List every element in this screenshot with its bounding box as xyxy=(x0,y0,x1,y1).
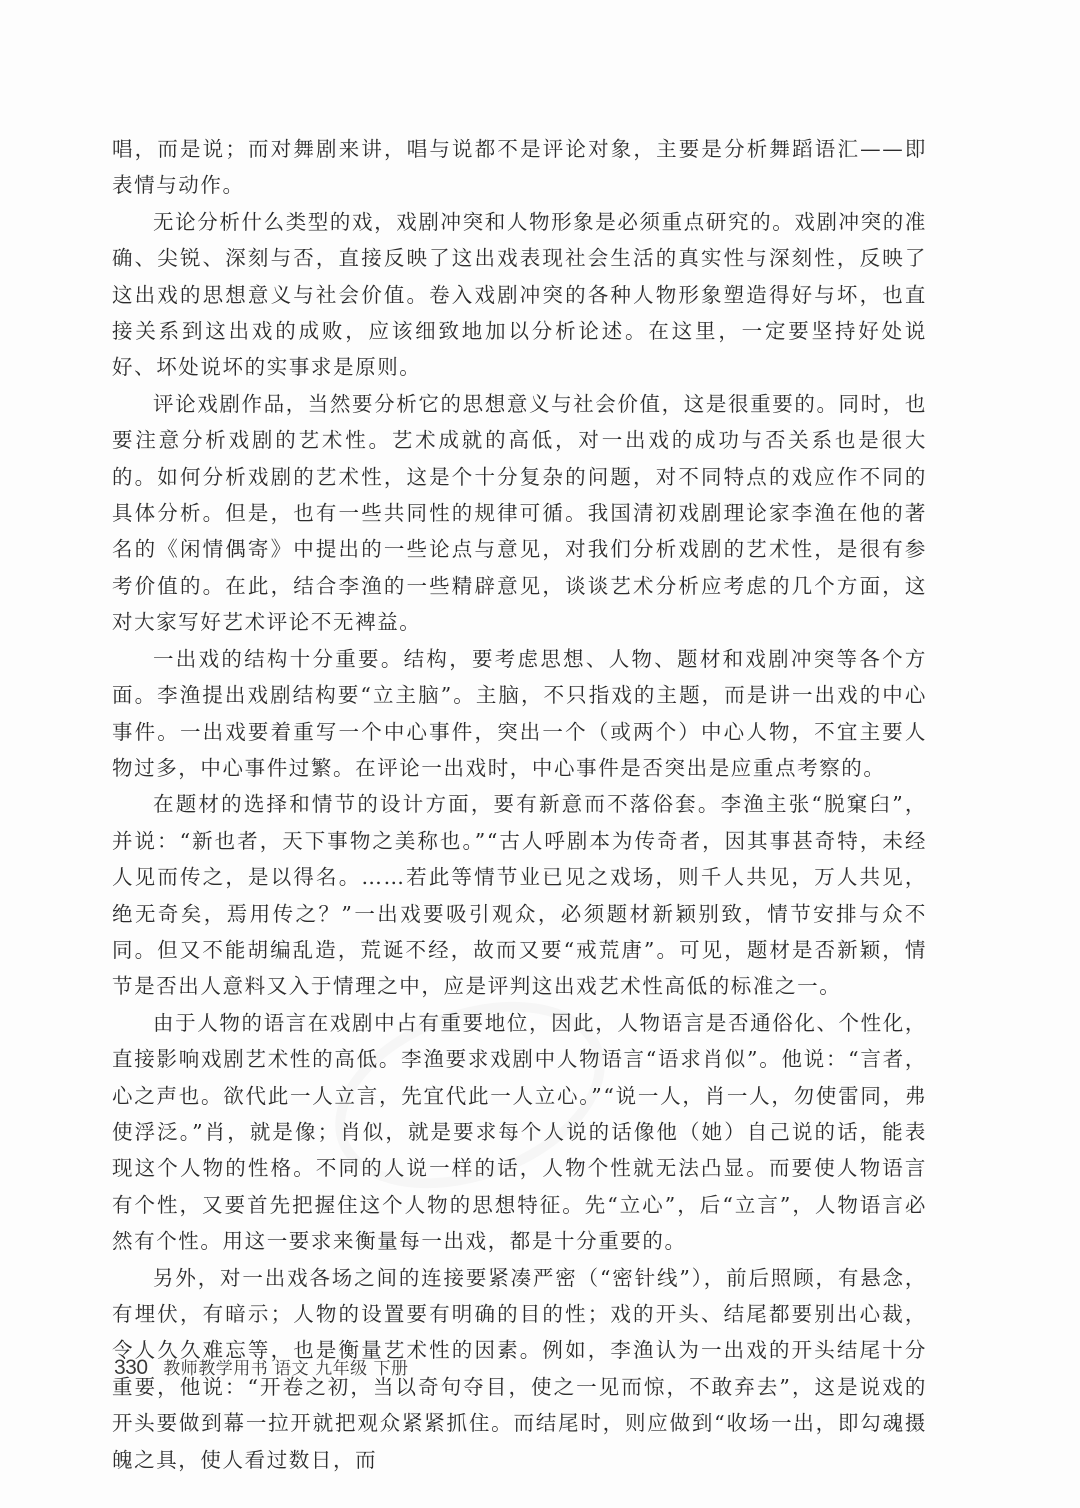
paragraph: 唱，而是说；而对舞剧来讲，唱与说都不是评论对象，主要是分析舞蹈语汇——即表情与动… xyxy=(112,131,927,204)
paragraph: 在题材的选择和情节的设计方面，要有新意而不落俗套。李渔主张“脱窠臼”，并说：“新… xyxy=(112,786,927,1004)
book-title: 教师教学用书 语文 九年级 下册 xyxy=(163,1359,408,1379)
page-number: 330 xyxy=(114,1356,148,1379)
document-body: 唱，而是说；而对舞剧来讲，唱与说都不是评论对象，主要是分析舞蹈语汇——即表情与动… xyxy=(112,131,927,1478)
paragraph: 无论分析什么类型的戏，戏剧冲突和人物形象是必须重点研究的。戏剧冲突的准确、尖锐、… xyxy=(112,204,927,386)
paragraph: 一出戏的结构十分重要。结构，要考虑思想、人物、题材和戏剧冲突等各个方面。李渔提出… xyxy=(112,641,927,787)
page-footer: 330 教师教学用书 语文 九年级 下册 xyxy=(114,1354,409,1380)
paragraph: 评论戏剧作品，当然要分析它的思想意义与社会价值，这是很重要的。同时，也要注意分析… xyxy=(112,386,927,641)
paragraph: 由于人物的语言在戏剧中占有重要地位，因此，人物语言是否通俗化、个性化，直接影响戏… xyxy=(112,1005,927,1260)
